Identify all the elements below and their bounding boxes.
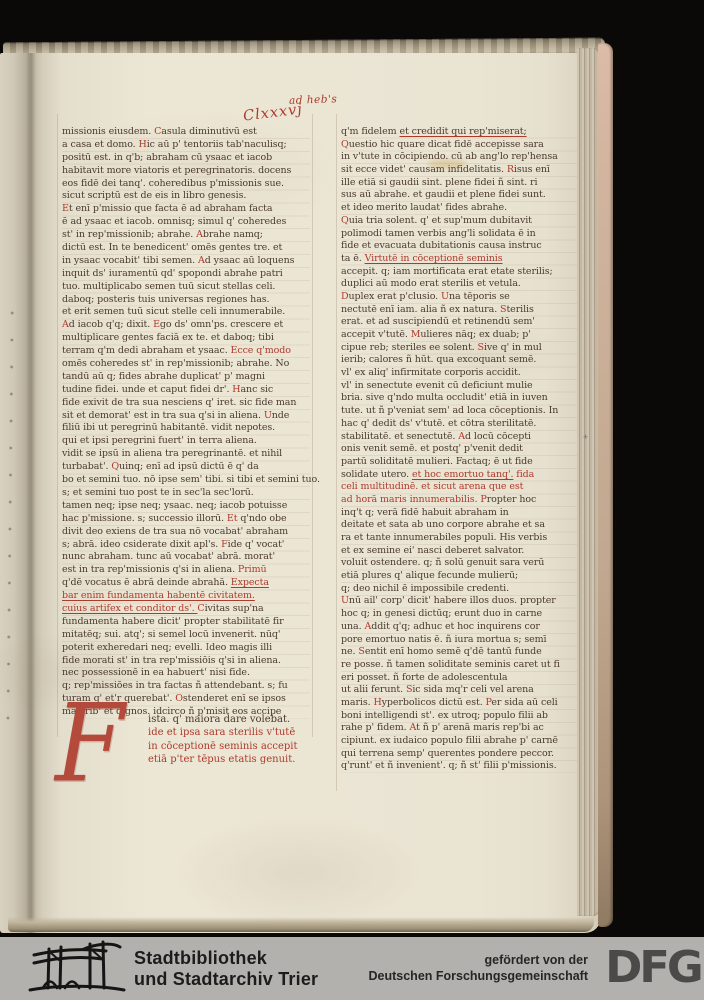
manuscript-line: fide et evacuata dubitationis causa inst… <box>341 240 599 253</box>
manuscript-line: accepit v'tutē. Mulieres nāq; ex duab; p… <box>341 329 599 342</box>
porta-nigra-logo-icon <box>26 940 128 997</box>
manuscript-line: dictū est. In te benedicent' omēs gentes… <box>62 242 310 255</box>
manuscript-line: ista. q' maiora dare volebat. <box>148 714 298 727</box>
manuscript-line: in v'tute in cōcipiendo. cū ab ang'lo re… <box>341 151 599 164</box>
manuscript-line: fide exivit de tra sua nesciens q' iret.… <box>62 397 310 410</box>
manuscript-line: sicut scriptū est de eis in libro genesi… <box>62 190 310 203</box>
right-text-column: q'm fidelem et credidit qui rep'miserat;… <box>341 126 599 773</box>
manuscript-line: etiā plures q' alique fecunde mulierū; <box>341 570 599 583</box>
manuscript-line: voluit ostendere. q; ñ solū genuit sara … <box>341 557 599 570</box>
manuscript-line: s; abrā. ideo csiderate dixit apl's. Fid… <box>62 539 310 552</box>
manuscript-line: bar enim fundamenta habentē civitatem. <box>62 590 310 603</box>
manuscript-line: a casa et domo. Hic aū p' tentoriis tab'… <box>62 139 310 152</box>
manuscript-line: q'dē vocatus ē abrā deinde abrahā. Expec… <box>62 577 310 590</box>
manuscript-line: ide et ipsa sara sterilis v'tutē <box>148 727 298 740</box>
manuscript-line: multiplicare gentes faciā ex te. et dabo… <box>62 332 310 345</box>
manuscript-line: cipue reb; steriles ee solent. Sive q' i… <box>341 342 599 355</box>
manuscript-line: accepit. q; iam mortificata erat etate s… <box>341 266 599 279</box>
manuscript-line: partū soliditatē mulieri. Factaq; ē ut f… <box>341 456 599 469</box>
manuscript-line: boni intelligendi st'. ex utroq; populo … <box>341 710 599 723</box>
manuscript-line: divit deo exiens de tra sua nō vocabat' … <box>62 526 310 539</box>
manuscript-line: ad horā maris innumerabilis. Propter hoc <box>341 494 599 507</box>
manuscript-line: inquit ds' iuramentū qd' spopondi abrahe… <box>62 268 310 281</box>
manuscript-line: tamen neq; ipse neq; ysaac. neq; iacob p… <box>62 500 310 513</box>
manuscript-line: in ysaac vocabit' tibi semen. Ad ysaac a… <box>62 255 310 268</box>
manuscript-line: ut alii ferunt. Sic sida mq'r celi vel a… <box>341 684 599 697</box>
manuscript-line: etiā p'ter tēpus etatis genuit. <box>148 754 298 767</box>
manuscript-line: fide morati st' in tra rep'missiōis q'si… <box>62 655 310 668</box>
illuminated-initial-F: F <box>55 702 124 786</box>
book-tail-edge <box>8 917 594 932</box>
manuscript-line: pore emortuo natis ē. ñ iura mortua s; s… <box>341 634 599 647</box>
funding-credit: gefördert von der Deutschen Forschungsge… <box>369 952 589 985</box>
manuscript-line: qui et ipsi peregrini fuert' in terra al… <box>62 435 310 448</box>
manuscript-line: q; deo nichil ē impossibile credenti. <box>341 583 599 596</box>
manuscript-line: st' in rep'missionib; abrahe. Abrahe nam… <box>62 229 310 242</box>
manuscript-line: duplici aū modo erat sterilis et vetula. <box>341 278 599 291</box>
manuscript-line: sit et demorat' est in tra sua q'si in a… <box>62 410 310 423</box>
manuscript-line: q'runt' et ñ invenient'. q; ñ st' filii … <box>341 760 599 773</box>
manuscript-line: Quia tria solent. q' et sup'mum dubitavi… <box>341 215 599 228</box>
manuscript-line: deitate et sata ab uno corpore abrahe et… <box>341 519 599 532</box>
book-photo: ad heb's Clxxxvj missionis eiusdem. Casu… <box>0 40 613 937</box>
manuscript-line: q'm fidelem et credidit qui rep'miserat; <box>341 126 599 139</box>
parchment-page: ad heb's Clxxxvj missionis eiusdem. Casu… <box>0 53 601 933</box>
manuscript-line: ne. Sentit enī homo semē q'dē tantū fund… <box>341 646 599 659</box>
manuscript-line: maris. Hyperbolicos dictū est. Per sida … <box>341 697 599 710</box>
manuscript-line: poterit exheredari neq; evelli. Ideo mag… <box>62 642 310 655</box>
fore-edge-page-block <box>577 48 599 916</box>
manuscript-line: solidate utero. et hoc emortuo tanq'. fi… <box>341 469 599 482</box>
manuscript-line: est in tra rep'missionis q'si in aliena.… <box>62 564 310 577</box>
manuscript-line: turbabat'. Quinq; enī ad ipsū dictū ē q'… <box>62 461 310 474</box>
manuscript-line: sit ecce videt' causam infidelitatis. Ri… <box>341 164 599 177</box>
manuscript-line: vl' in senectute evenit cū deficiunt mul… <box>341 380 599 393</box>
manuscript-line: et ideo merito laudat' fides abrahe. <box>341 202 599 215</box>
manuscript-line: Ad iacob q'q; dixit. Ego ds' omn'ps. cre… <box>62 319 310 332</box>
gutter-shadow <box>26 53 36 933</box>
manuscript-line: hoc q; in genesi dictūq; erunt duo in ca… <box>341 608 599 621</box>
fore-edge-mark: + <box>583 432 588 442</box>
manuscript-line: daboq; posteris tuis universas regiones … <box>62 294 310 307</box>
manuscript-line: onis venit semē. et postq' p'venit dedit <box>341 443 599 456</box>
manuscript-line: s; et semini tuo post te in sec'la sec'l… <box>62 487 310 500</box>
library-name-line2: und Stadtarchiv Trier <box>134 969 318 990</box>
manuscript-line: eri posset. ñ forte de adolescentula <box>341 672 599 685</box>
manuscript-line: una. Addit q'q; adhuc et hoc inquirens c… <box>341 621 599 634</box>
manuscript-line: bo et semini tuo. nō ipse sem' tibi. si … <box>62 474 310 487</box>
library-name: Stadtbibliothek und Stadtarchiv Trier <box>134 948 318 990</box>
manuscript-line: tandū aū q; fides abrahe duplicat' p' ma… <box>62 371 310 384</box>
manuscript-line: ē ad ysaac et iacob. omnisq; simul q' co… <box>62 216 310 229</box>
manuscript-line: Et enī p'missio que facta ē ad abraham f… <box>62 203 310 216</box>
manuscript-line: ierib; calores ñ hūt. qua excoquant semē… <box>341 354 599 367</box>
binding-cover-edge <box>598 43 613 927</box>
manuscript-line: habitavit more viatoris et peregrinatori… <box>62 165 310 178</box>
manuscript-line: et ex semine ei' nasci deberet salvator. <box>341 545 599 558</box>
manuscript-line: filiū ibi ut peregrinū habitantē. vidit … <box>62 422 310 435</box>
manuscript-line: missionis eiusdem. Casula diminutivū est <box>62 126 310 139</box>
library-footer-banner: Stadtbibliothek und Stadtarchiv Trier ge… <box>0 937 704 1000</box>
left-text-column: missionis eiusdem. Casula diminutivū est… <box>62 126 310 719</box>
manuscript-line: celi multitudinē. et sicut arena que est <box>341 481 599 494</box>
manuscript-line: erat. et ad suscipiendū et retinendū sem… <box>341 316 599 329</box>
manuscript-line: ta ē. Virtutē in cōceptionē seminis <box>341 253 599 266</box>
library-name-line1: Stadtbibliothek <box>134 948 318 969</box>
folio-number: Clxxxvj <box>242 101 303 124</box>
manuscript-line: vidit se ipsū in aliena tra peregrinantē… <box>62 448 310 461</box>
manuscript-line: inq't q; verā fidē habuit abraham in <box>341 507 599 520</box>
manuscript-line: nunc abraham. tunc aū vocabat' abrā. mor… <box>62 551 310 564</box>
manuscript-line: hac p'missione. s; successio illorū. Et … <box>62 513 310 526</box>
digitized-manuscript-view: ad heb's Clxxxvj missionis eiusdem. Casu… <box>0 0 704 1000</box>
manuscript-line: qui terrena semp' querentes pondere pecc… <box>341 748 599 761</box>
funding-line1: gefördert von der <box>369 952 589 968</box>
manuscript-line: mitatēq; sui. atq'; si semel locū invene… <box>62 629 310 642</box>
manuscript-line: in cōceptionē seminis accepit <box>148 741 298 754</box>
rubric-lines-beside-initial: ista. q' maiora dare volebat.ide et ipsa… <box>148 714 298 767</box>
manuscript-line: bria. sive q'ndo multa occludit' etiā in… <box>341 392 599 405</box>
manuscript-line: rahe p' fidem. At ñ p' arenā maris rep'b… <box>341 722 599 735</box>
manuscript-line: vl' ex aliq' infirmitate corporis accidi… <box>341 367 599 380</box>
manuscript-line: eos fidē dei tanq'. coheredibus p'missio… <box>62 178 310 191</box>
manuscript-line: Unū ail' corp' dicit' habere illos duos.… <box>341 595 599 608</box>
manuscript-line: nectutē enī iam. alia ñ ex natura. Steri… <box>341 304 599 317</box>
manuscript-line: ra et tante innumerabiles populi. His ve… <box>341 532 599 545</box>
manuscript-line: fundamenta habere dicit' propter stabili… <box>62 616 310 629</box>
manuscript-line: stabilitatē. et senectutē. Ad locū cōcep… <box>341 431 599 444</box>
dfg-logo: DFG <box>605 939 701 997</box>
manuscript-line: nec possessionē in ea habuert' nisi fide… <box>62 667 310 680</box>
funding-line2: Deutschen Forschungsgemeinschaft <box>369 968 589 984</box>
manuscript-line: polimodi tamen verbis ang'li solidata ē … <box>341 228 599 241</box>
manuscript-line: ille etiā si gaudii sint. plene fidei ñ … <box>341 177 599 190</box>
manuscript-line: Questio hic quare dicat fidē accepisse s… <box>341 139 599 152</box>
manuscript-line: tute. ut ñ p'veniat sem' ad loca cōcepti… <box>341 405 599 418</box>
manuscript-line: sus aū abrahe. et gaudii et plene fidei … <box>341 189 599 202</box>
manuscript-line: re posse. ñ tamen soliditate seminis car… <box>341 659 599 672</box>
manuscript-line: terram q'm dedi abraham et ysaac. Ecce q… <box>62 345 310 358</box>
manuscript-line: cuius artifex et conditor ds'. Civitas s… <box>62 603 310 616</box>
manuscript-line: tudine fidei. unde et caput fidei dr'. H… <box>62 384 310 397</box>
manuscript-line: Duplex erat p'clusio. Una tēporis se <box>341 291 599 304</box>
manuscript-line: hac q' dedit ds' v'tutē. et cōtra steril… <box>341 418 599 431</box>
manuscript-line: et erit semen tuū sicut stelle celi innu… <box>62 306 310 319</box>
manuscript-line: positū est. in q'b; abraham cū ysaac et … <box>62 152 310 165</box>
manuscript-line: omēs coheredes st' in rep'missionib; abr… <box>62 358 310 371</box>
manuscript-line: tuo. multiplicabo semen tuū sicut stella… <box>62 281 310 294</box>
manuscript-line: cipiunt. ex iudaico populo filii abrahe … <box>341 735 599 748</box>
prick-marks <box>4 308 18 738</box>
